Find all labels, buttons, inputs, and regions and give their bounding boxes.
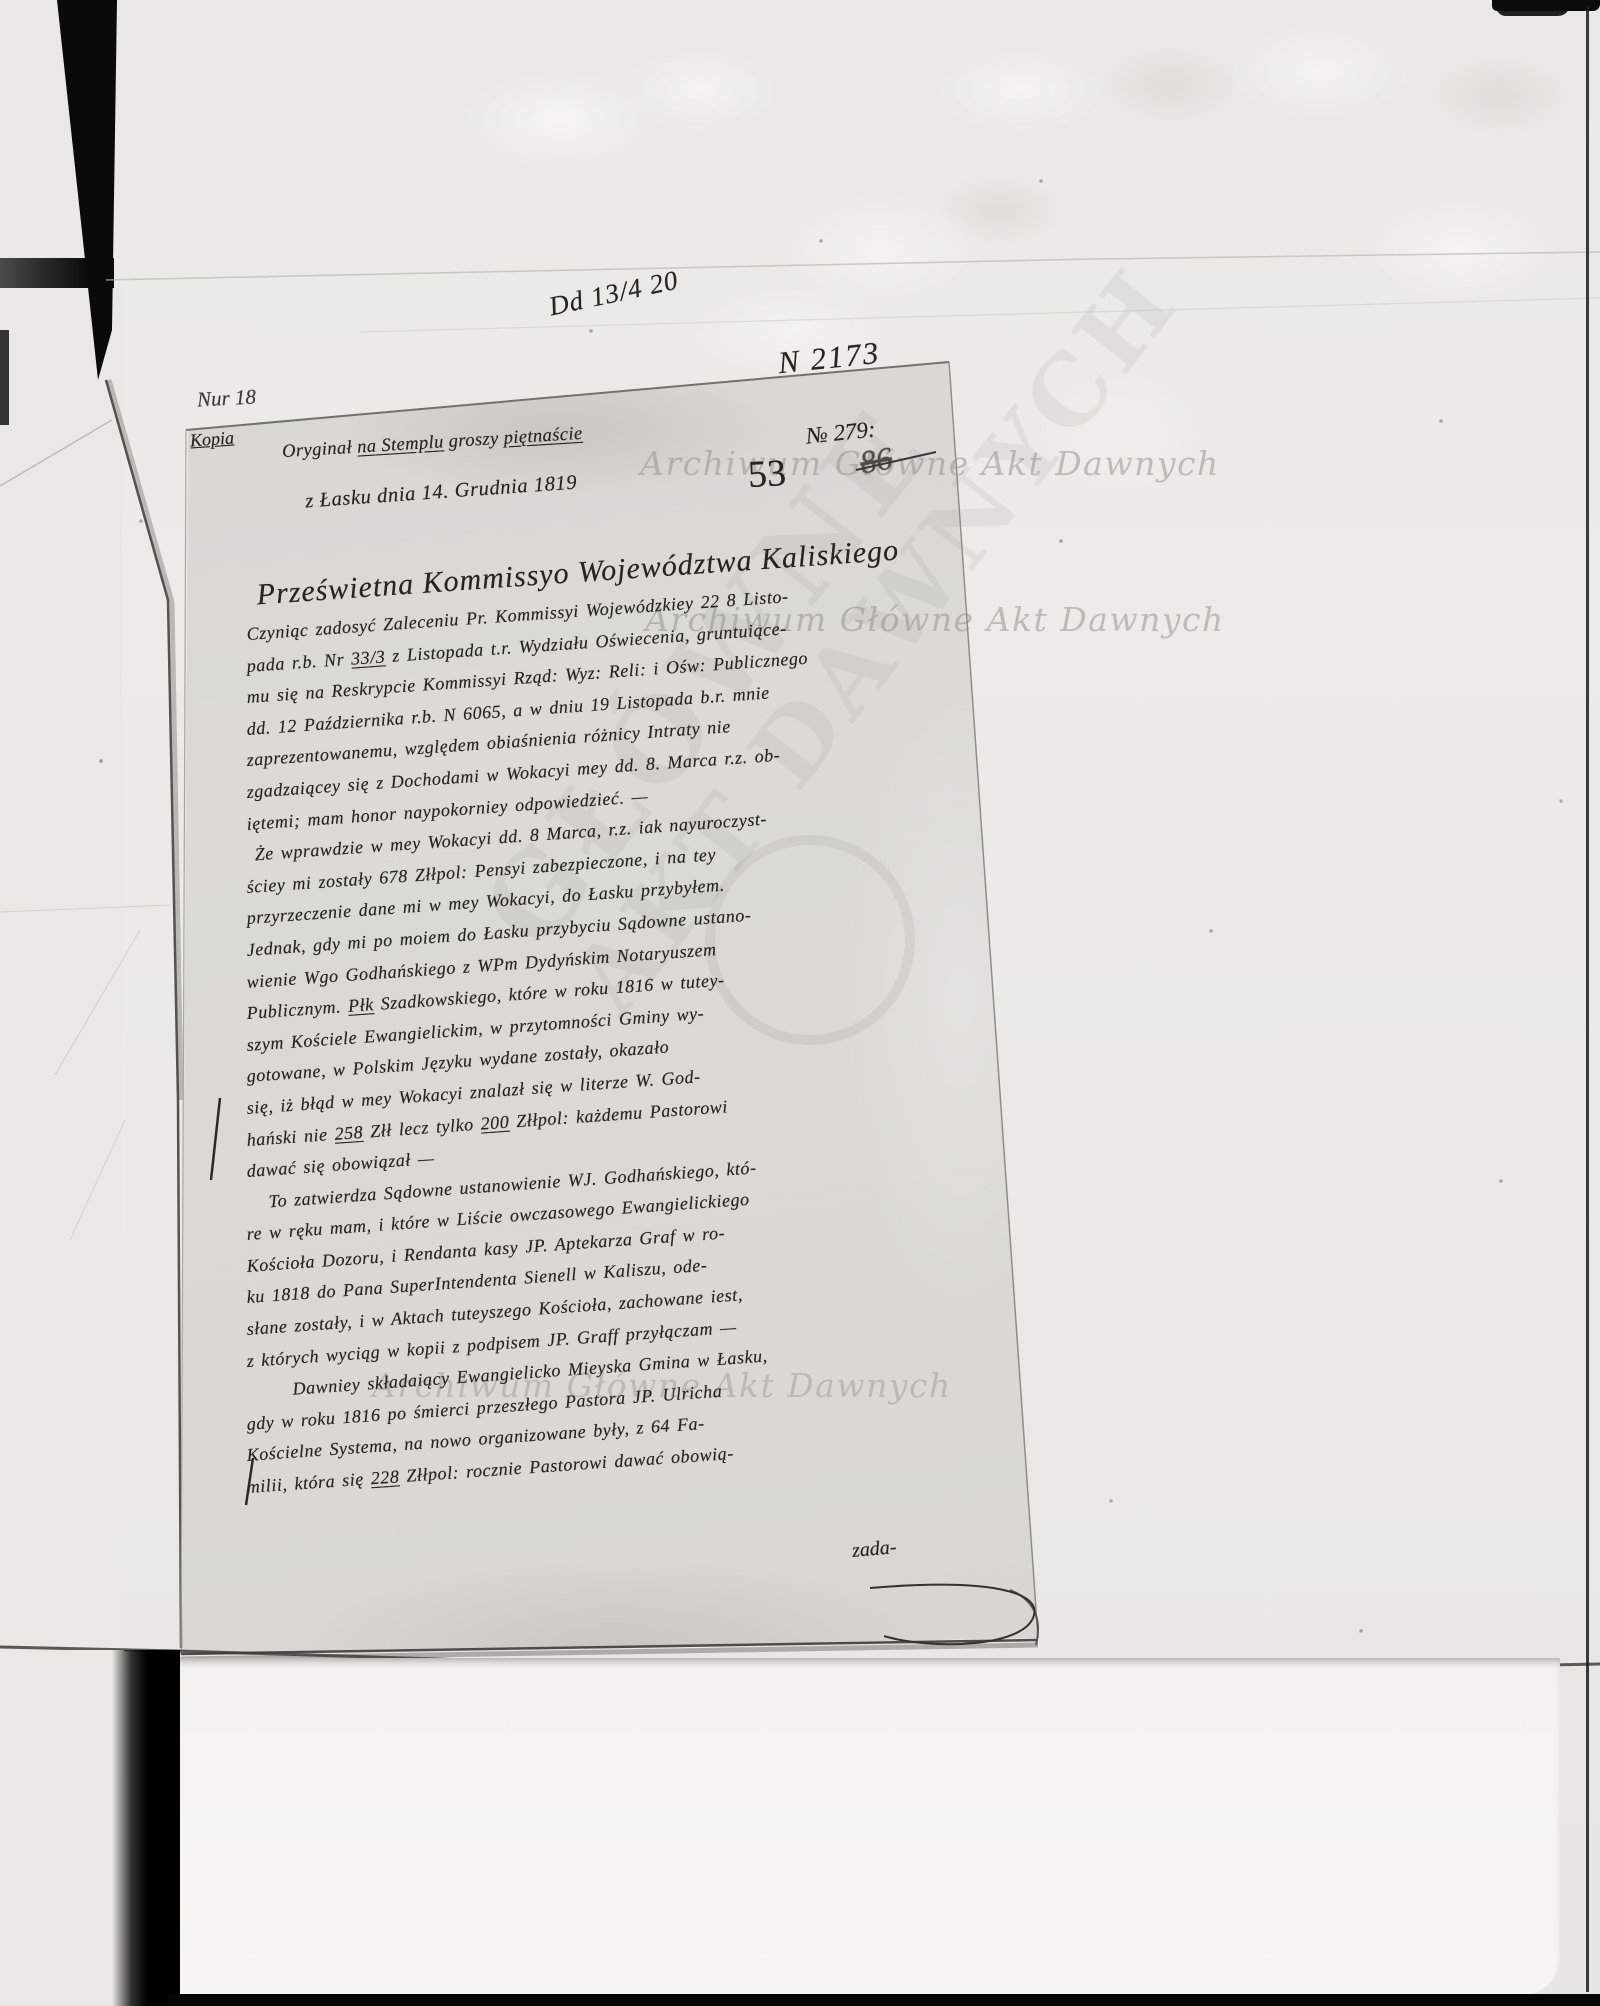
scratch-mark xyxy=(55,930,140,1075)
catchword-flourish xyxy=(870,1585,1034,1644)
film-top-right-blob xyxy=(1496,0,1570,16)
archival-photo-scan: Nur 18 Archiwum Główne Akt Dawnych Archi… xyxy=(0,0,1600,2006)
under-sheet-edge-2 xyxy=(360,298,1600,332)
film-black-wedge xyxy=(57,0,117,380)
page-right-edge xyxy=(949,362,1038,1638)
page-top-edge xyxy=(186,362,949,430)
bottom-left-sheet xyxy=(0,1650,124,2006)
bottom-sheet xyxy=(176,1658,1560,1996)
film-black-bar xyxy=(112,1650,180,2006)
under-sheet-edge xyxy=(106,252,1600,280)
scratch-mark xyxy=(70,1120,125,1240)
film-bottom-strip xyxy=(168,1994,1600,2006)
margin-stroke xyxy=(246,1458,253,1505)
cross-out-stroke xyxy=(856,452,936,470)
binding-fold-line xyxy=(106,380,181,1648)
margin-stroke xyxy=(211,1098,220,1180)
film-right-edge-line xyxy=(1586,6,1589,1992)
left-sheet-corner-edge xyxy=(0,420,112,486)
left-sheet-crease xyxy=(0,905,170,912)
